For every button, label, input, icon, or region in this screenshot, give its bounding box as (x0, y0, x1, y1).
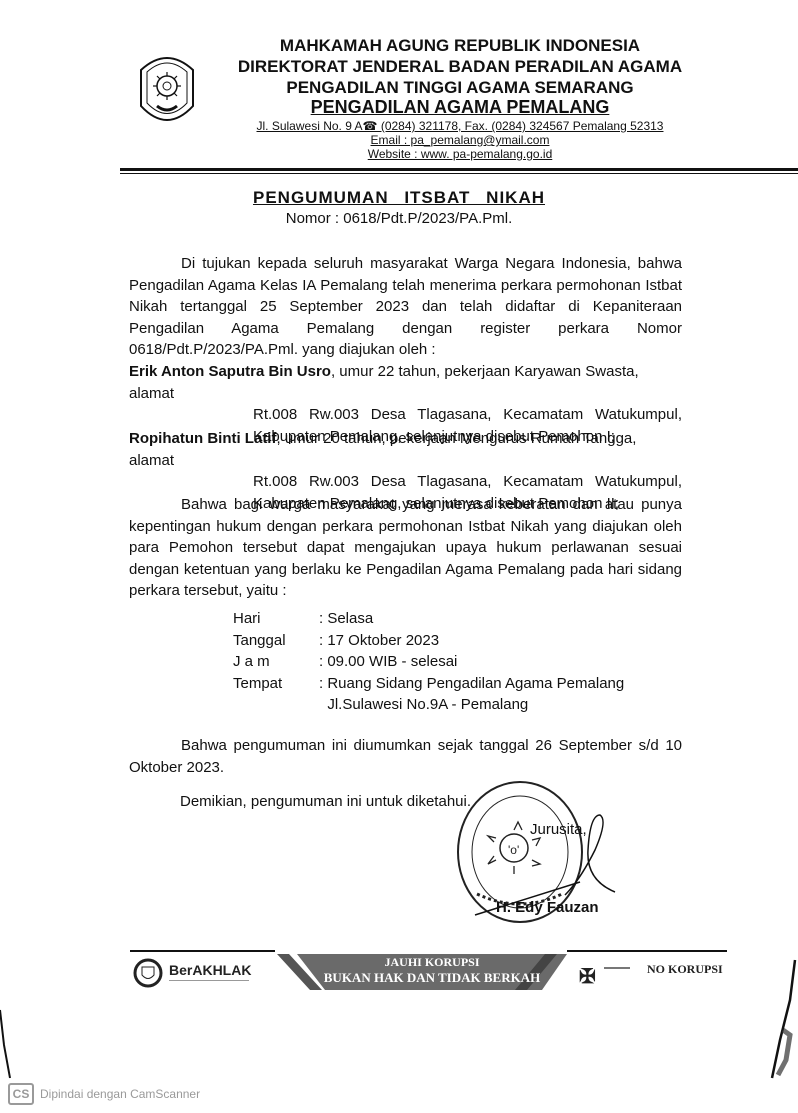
schedule-label: Tanggal (233, 630, 319, 652)
berakhlak-logo: BerAKHLAK (169, 962, 251, 978)
camscanner-icon: CS (8, 1083, 34, 1105)
schedule-value: Jl.Sulawesi No.9A - Pemalang (319, 694, 528, 716)
party-1-name: Erik Anton Saputra Bin Usro (129, 363, 331, 380)
signer-title: Jurusita, (530, 821, 587, 838)
banner-line-1: JAUHI KORUPSI (327, 955, 537, 970)
court-emblem-icon (135, 50, 199, 130)
letterhead-rule-thin (120, 173, 798, 174)
schedule-label: Tempat (233, 673, 319, 695)
schedule-value: : 09.00 WIB - selesai (319, 651, 457, 673)
party-2-name: Ropihatun Binti Latif (129, 430, 276, 447)
institution-line-2: DIREKTORAT JENDERAL BADAN PERADILAN AGAM… (200, 57, 720, 77)
camscanner-label: Dipindai dengan CamScanner (40, 1087, 200, 1101)
announcement-period: Bahwa pengumuman ini diumumkan sejak tan… (129, 735, 682, 778)
schedule-row: Tanggal: 17 Oktober 2023 (233, 630, 624, 652)
schedule-row: J a m: 09.00 WIB - selesai (233, 651, 624, 673)
institution-line-4: PENGADILAN AGAMA PEMALANG (200, 97, 720, 118)
schedule-label: J a m (233, 651, 319, 673)
footer-rule-right (567, 950, 727, 952)
schedule-label (233, 694, 319, 716)
svg-text:'o': 'o' (508, 843, 519, 857)
schedule-value: : Selasa (319, 608, 373, 630)
email-line: Email : pa_pemalang@ymail.com (200, 133, 720, 147)
ministry-seal-icon (133, 958, 163, 988)
camscanner-watermark: CS Dipindai dengan CamScanner (8, 1083, 200, 1105)
document-number: Nomor : 0618/Pdt.P/2023/PA.Pml. (0, 210, 798, 227)
footer-rule-left (130, 950, 275, 952)
accountability-logo-text (604, 967, 630, 969)
hearing-schedule: Hari: Selasa Tanggal: 17 Oktober 2023 J … (233, 608, 624, 716)
banner-line-2: BUKAN HAK DAN TIDAK BERKAH (302, 970, 562, 986)
letterhead-rule-thick (120, 168, 798, 171)
schedule-label: Hari (233, 608, 319, 630)
institution-line-1: MAHKAMAH AGUNG REPUBLIK INDONESIA (200, 36, 720, 56)
schedule-value: : 17 Oktober 2023 (319, 630, 439, 652)
accountability-logo-icon: ✠ (579, 964, 596, 989)
closing-text: Demikian, pengumuman ini untuk diketahui… (180, 793, 471, 810)
schedule-row: Jl.Sulawesi No.9A - Pemalang (233, 694, 624, 716)
address-line: Jl. Sulawesi No. 9 A☎ (0284) 321178, Fax… (200, 119, 720, 133)
website-line: Website : www. pa-pemalang.go.id (200, 147, 720, 161)
institution-line-3: PENGADILAN TINGGI AGAMA SEMARANG (200, 78, 720, 98)
objection-paragraph: Bahwa bagi warga masyarakat yang merasa … (129, 494, 682, 602)
schedule-row: Hari: Selasa (233, 608, 624, 630)
berakhlak-tagline (169, 980, 249, 981)
footer-banner: BerAKHLAK JAUHI KORUPSI BUKAN HAK DAN TI… (127, 950, 747, 995)
signer-name: H. Edy Fauzan (496, 899, 599, 916)
schedule-value: : Ruang Sidang Pengadilan Agama Pemalang (319, 673, 624, 695)
document-title: PENGUMUMAN ITSBAT NIKAH (0, 188, 798, 208)
intro-paragraph: Di tujukan kepada seluruh masyarakat War… (129, 253, 682, 361)
no-korupsi-logo: NO KORUPSI (647, 962, 723, 977)
schedule-row: Tempat: Ruang Sidang Pengadilan Agama Pe… (233, 673, 624, 695)
